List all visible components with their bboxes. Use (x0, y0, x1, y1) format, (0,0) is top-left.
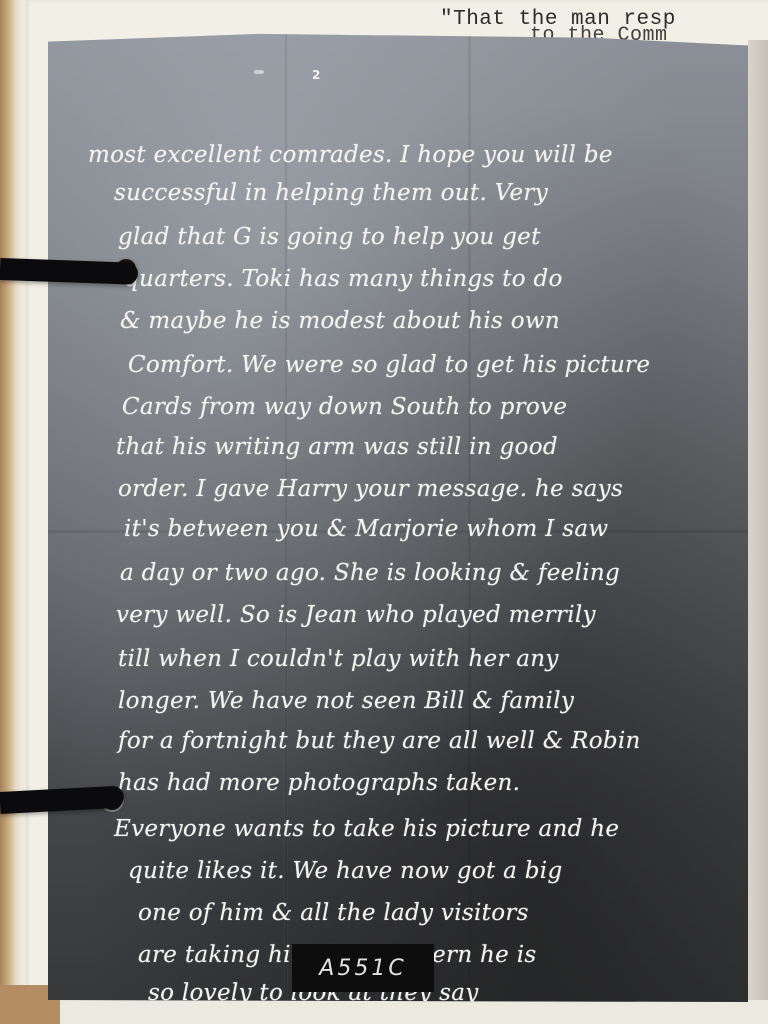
handwritten-line: has had more photographs taken. (118, 770, 520, 796)
letter-photocopy-page: 2 most excellent comrades. I hope you wi… (48, 30, 748, 1002)
photo-scene: "That the man resp to the Comm 2 most ex… (0, 0, 768, 1024)
handwritten-line: for a fortnight but they are all well & … (118, 728, 641, 754)
handwritten-line: it's between you & Marjorie whom I saw (124, 516, 608, 542)
archive-reference-text: A551C (319, 956, 406, 981)
handwritten-line: most excellent comrades. I hope you will… (88, 142, 613, 168)
handwritten-line: one of him & all the lady visitors (138, 900, 529, 926)
handwritten-line: longer. We have not seen Bill & family (118, 688, 574, 714)
archive-reference-label: A551C (292, 944, 434, 992)
handwritten-line: Cards from way down South to prove (122, 394, 567, 420)
handwritten-line: order. I gave Harry your message. he say… (118, 476, 623, 502)
handwritten-line: a day or two ago. She is looking & feeli… (120, 560, 620, 586)
handwritten-line: glad that G is going to help you get (118, 224, 541, 250)
handwritten-line: till when I couldn't play with her any (118, 646, 559, 672)
handwritten-line: quite likes it. We have now got a big (128, 858, 563, 884)
bottom-paper-strip (40, 1000, 768, 1024)
handwritten-line: Everyone wants to take his picture and h… (114, 816, 619, 842)
staple-mark (254, 70, 264, 74)
handwritten-line: very well. So is Jean who played merrily (116, 602, 596, 628)
binder-edge (0, 0, 22, 1024)
handwritten-line: successful in helping them out. Very (114, 180, 548, 206)
page-number: 2 (312, 68, 320, 82)
underlying-sheet-edge (748, 40, 768, 1024)
handwritten-line: that his writing arm was still in good (116, 434, 558, 460)
handwritten-line: quarters. Toki has many things to do (124, 266, 563, 292)
handwritten-line: & maybe he is modest about his own (120, 308, 560, 334)
handwritten-line: Comfort. We were so glad to get his pict… (128, 352, 650, 378)
